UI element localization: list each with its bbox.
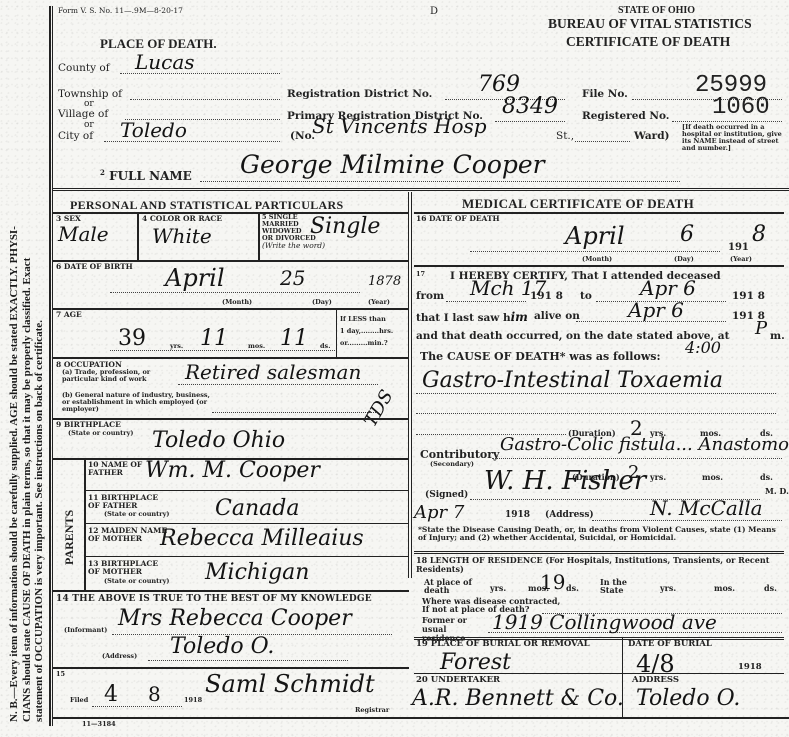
primary-reg-value: 8349: [502, 94, 558, 119]
informant-heading: 14 THE ABOVE IS TRUE TO THE BEST OF MY K…: [56, 594, 372, 604]
rule-h: [53, 357, 409, 359]
age-yrs-label: yrs.: [170, 343, 183, 350]
at-place-ds: ds.: [566, 585, 579, 592]
mother-maiden-value: Rebecca Milleaius: [160, 526, 364, 551]
rule-l: [84, 523, 409, 524]
to-year: 191 8: [732, 290, 765, 302]
md-label: M. D.: [765, 488, 789, 495]
rule-c: [137, 212, 139, 260]
signed-date: Apr 7: [414, 502, 464, 523]
less-than-line-2: 1 day,........hrs.: [340, 325, 393, 337]
mother-birthplace-label: 13 BIRTHPLACE OF MOTHER: [88, 560, 168, 576]
dob-year-caption: (Year): [368, 299, 390, 306]
occurred-m: m.: [770, 330, 785, 342]
dod-label: 16 DATE OF DEATH: [416, 215, 500, 223]
full-name-line: [200, 181, 680, 182]
dod-year-caption: (Year): [730, 256, 752, 263]
full-name-value: George Milmine Cooper: [240, 150, 545, 179]
mother-birthplace-hint: (State or country): [104, 578, 169, 585]
age-mos-label: mos.: [248, 343, 265, 350]
burial-date-year: 1918: [738, 664, 762, 671]
primary-reg-line: [495, 121, 565, 122]
rule-f: [53, 308, 409, 310]
sex-value: Male: [58, 222, 109, 246]
township-line: [130, 99, 280, 100]
dob-day: 25: [280, 266, 305, 290]
registered-no-label: Registered No.: [582, 110, 669, 122]
father-birthplace-label: 11 BIRTHPLACE OF FATHER: [88, 494, 168, 510]
alive-on-label: alive on: [534, 310, 580, 322]
birthplace-value: Toledo Ohio: [152, 428, 285, 453]
less-than-line-1: If LESS than: [340, 313, 393, 325]
st-label: St.,: [556, 130, 574, 142]
in-state-yrs: yrs.: [660, 585, 676, 592]
occupation-value: Retired salesman: [185, 360, 361, 384]
medical-address-label: (Address): [545, 510, 594, 520]
cause-time: 4:00: [685, 338, 721, 357]
to-label: to: [580, 290, 592, 302]
rule-d: [258, 212, 260, 260]
village-label: Village of: [58, 108, 108, 120]
duration2-yrs: yrs.: [650, 474, 666, 481]
filed-number: 15: [56, 671, 65, 678]
filed-year: 1918: [184, 697, 202, 704]
dob-month-caption: (Month): [222, 299, 252, 306]
filed-month: 4: [104, 682, 118, 707]
institution-value: St Vincents Hosp: [312, 114, 487, 138]
rule-q: [414, 551, 784, 554]
dod-month-caption: (Month): [582, 256, 612, 263]
margin-note-line-2: CIANS should state CAUSE OF DEATH in pla…: [21, 258, 33, 722]
undertaker-address-label: ADDRESS: [632, 677, 679, 684]
last-saw-pronoun: im: [511, 310, 528, 324]
in-state-mos: mos.: [714, 585, 735, 592]
rule-g: [336, 308, 337, 358]
residence-label: 18 LENGTH OF RESIDENCE (For Hospitals, I…: [416, 556, 786, 574]
at-place-label: At place of death: [424, 578, 474, 594]
dob-line: [110, 292, 360, 293]
margin-note-line-3: statement of OCCUPATION is very importan…: [33, 320, 45, 722]
undertaker-value: A.R. Bennett & Co.: [412, 686, 624, 711]
dob-month: April: [165, 264, 225, 292]
parents-divider: [84, 458, 86, 590]
signed-label: (Signed): [425, 490, 468, 500]
occupation-b-line: [212, 412, 378, 413]
informant-address-value: Toledo O.: [170, 634, 274, 659]
secondary-label: (Secondary): [430, 461, 474, 468]
age-days: 11: [280, 326, 308, 351]
county-label: County of: [58, 62, 110, 74]
dod-month: April: [565, 222, 625, 250]
age-months: 11: [200, 326, 228, 351]
father-name-value: Wm. M. Cooper: [145, 458, 320, 483]
dod-year-suffix: 8: [752, 222, 766, 247]
mother-birthplace-value: Michigan: [205, 560, 309, 585]
former-residence-value: 1919 Collingwood ave: [492, 610, 717, 634]
full-name-label: 2 FULL NAME: [100, 168, 192, 183]
alive-on-value: Apr 6: [628, 298, 684, 322]
ward-label: Ward): [634, 130, 670, 142]
rule-p: [414, 265, 784, 267]
age-label: 7 AGE: [56, 311, 82, 319]
personal-heading: PERSONAL AND STATISTICAL PARTICULARS: [70, 198, 343, 213]
column-divider: [408, 192, 412, 578]
medical-address-line: [592, 520, 782, 521]
city-value: Toledo: [120, 118, 187, 142]
burial-place-label: 19 PLACE OF BURIAL OR REMOVAL: [416, 641, 590, 648]
certify-number: 17: [416, 271, 425, 278]
filed-day: 8: [148, 682, 161, 706]
death-certificate: N. B.—Every item of information should b…: [0, 0, 789, 737]
occupation-mark: TDS: [360, 386, 398, 430]
margin-rule: [49, 6, 53, 726]
father-birthplace-value: Canada: [215, 496, 299, 521]
race-value: White: [152, 224, 212, 248]
dod-line: [470, 251, 720, 252]
marital-value: Single: [310, 214, 380, 239]
rule-o: [53, 667, 409, 669]
dob-day-caption: (Day): [312, 299, 332, 306]
marital-hint: (Write the word): [262, 242, 325, 249]
in-state-label: In the State: [600, 578, 640, 594]
contributory-line: [492, 458, 782, 459]
reg-district-label: Registration District No.: [287, 88, 432, 100]
birthplace-hint: (State or country): [68, 430, 133, 437]
rule-s: [414, 673, 784, 674]
burial-place-value: Forest: [440, 650, 511, 675]
to-value: Apr 6: [640, 276, 696, 300]
cause-value: Gastro-Intestinal Toxaemia: [422, 368, 723, 393]
from-line: [446, 301, 526, 302]
filed-line: [92, 706, 182, 707]
rule-m: [84, 556, 409, 557]
dob-label: 6 DATE OF BIRTH: [56, 263, 133, 271]
burial-date-label: DATE OF BURIAL: [628, 641, 712, 648]
dod-day: 6: [680, 222, 694, 247]
medical-footnote: *State the Disease Causing Death, or, in…: [418, 526, 786, 542]
dod-year-prefix: 191: [728, 242, 749, 253]
contributory-value: Gastro-Colic fistula... Anastomosis: [500, 434, 789, 455]
parents-label: PARENTS: [62, 510, 77, 565]
duration2-mos: mos.: [702, 474, 723, 481]
age-ds-label: ds.: [320, 343, 330, 350]
file-no-label: File No.: [582, 88, 628, 100]
bottom-code: 11—3184: [82, 721, 116, 728]
age-years: 39: [118, 326, 146, 351]
registrar-signature: Saml Schmidt: [205, 670, 375, 698]
birthplace-label: 9 BIRTHPLACE: [56, 421, 121, 429]
state-title: STATE OF OHIO: [618, 5, 695, 16]
occupation-a-label: (a) Trade, profession, or particular kin…: [62, 369, 182, 383]
or-2: or: [84, 120, 94, 130]
undertaker-label: 20 UNDERTAKER: [416, 677, 500, 684]
certificate-title: CERTIFICATE OF DEATH: [566, 34, 730, 50]
undertaker-address-value: Toledo O.: [636, 686, 740, 711]
in-state-ds: ds.: [764, 585, 777, 592]
from-year: 191 8: [530, 290, 563, 302]
informant-value: Mrs Rebecca Cooper: [118, 606, 352, 631]
informant-address-label: (Address): [102, 653, 137, 660]
signed-year: 1918: [505, 510, 530, 520]
dod-day-caption: (Day): [674, 256, 694, 263]
race-label: 4 COLOR OR RACE: [142, 215, 222, 223]
informant-address-line: [148, 660, 348, 661]
filed-label: Filed: [70, 697, 88, 704]
father-birthplace-hint: (State or country): [104, 511, 169, 518]
rule-k: [84, 490, 409, 491]
margin-note-line-1: N. B.—Every item of information should b…: [8, 226, 20, 722]
registered-no-value: 1060: [712, 94, 770, 121]
rule-bottom: [53, 717, 789, 719]
dob-year: 1878: [368, 274, 401, 289]
city-label: City of: [58, 130, 93, 142]
at-place-days: 19: [540, 570, 565, 594]
stamp-mark: D: [430, 6, 438, 17]
st-line: [575, 141, 630, 142]
occurred-text: and that death occurred, on the date sta…: [416, 330, 729, 342]
occupation-a-line: [178, 384, 378, 385]
full-name-number: 2: [100, 168, 105, 177]
occupation-b-label: (b) General nature of industry, business…: [62, 392, 212, 413]
cause-label: The CAUSE OF DEATH* was as follows:: [420, 350, 661, 363]
mother-maiden-label: 12 MAIDEN NAME OF MOTHER: [88, 527, 168, 543]
cause-line-1: [416, 393, 776, 394]
registrar-label: Registrar: [355, 707, 389, 714]
less-than-line-3: or.........min.?: [340, 337, 393, 349]
full-name-label-text: FULL NAME: [109, 169, 192, 183]
bureau-title: BUREAU OF VITAL STATISTICS: [548, 16, 752, 32]
rule-n: [53, 590, 409, 592]
medical-heading: MEDICAL CERTIFICATE OF DEATH: [462, 196, 694, 212]
county-value: Lucas: [135, 50, 195, 74]
signature: W. H. Fisher: [484, 466, 646, 496]
duration2-ds: ds.: [760, 474, 773, 481]
from-label: from: [416, 290, 444, 302]
cause-line-2: [416, 413, 776, 414]
age-line: [110, 350, 335, 351]
section-rule: [53, 188, 789, 191]
at-place-yrs: yrs.: [490, 585, 506, 592]
medical-address-value: N. McCalla: [650, 496, 763, 520]
less-than-day: If LESS than 1 day,........hrs. or......…: [340, 313, 393, 349]
hospital-note: [If death occurred in a hospital or inst…: [682, 124, 782, 152]
occurred-time: P: [755, 318, 767, 339]
registered-no-line: [672, 121, 782, 122]
last-saw-text: that I last saw him: [416, 310, 528, 324]
form-number: Form V. S. No. 11—.9M—8-20-17: [58, 6, 183, 15]
informant-label: (Informant): [64, 627, 107, 634]
last-saw-label: that I last saw h: [416, 312, 511, 324]
